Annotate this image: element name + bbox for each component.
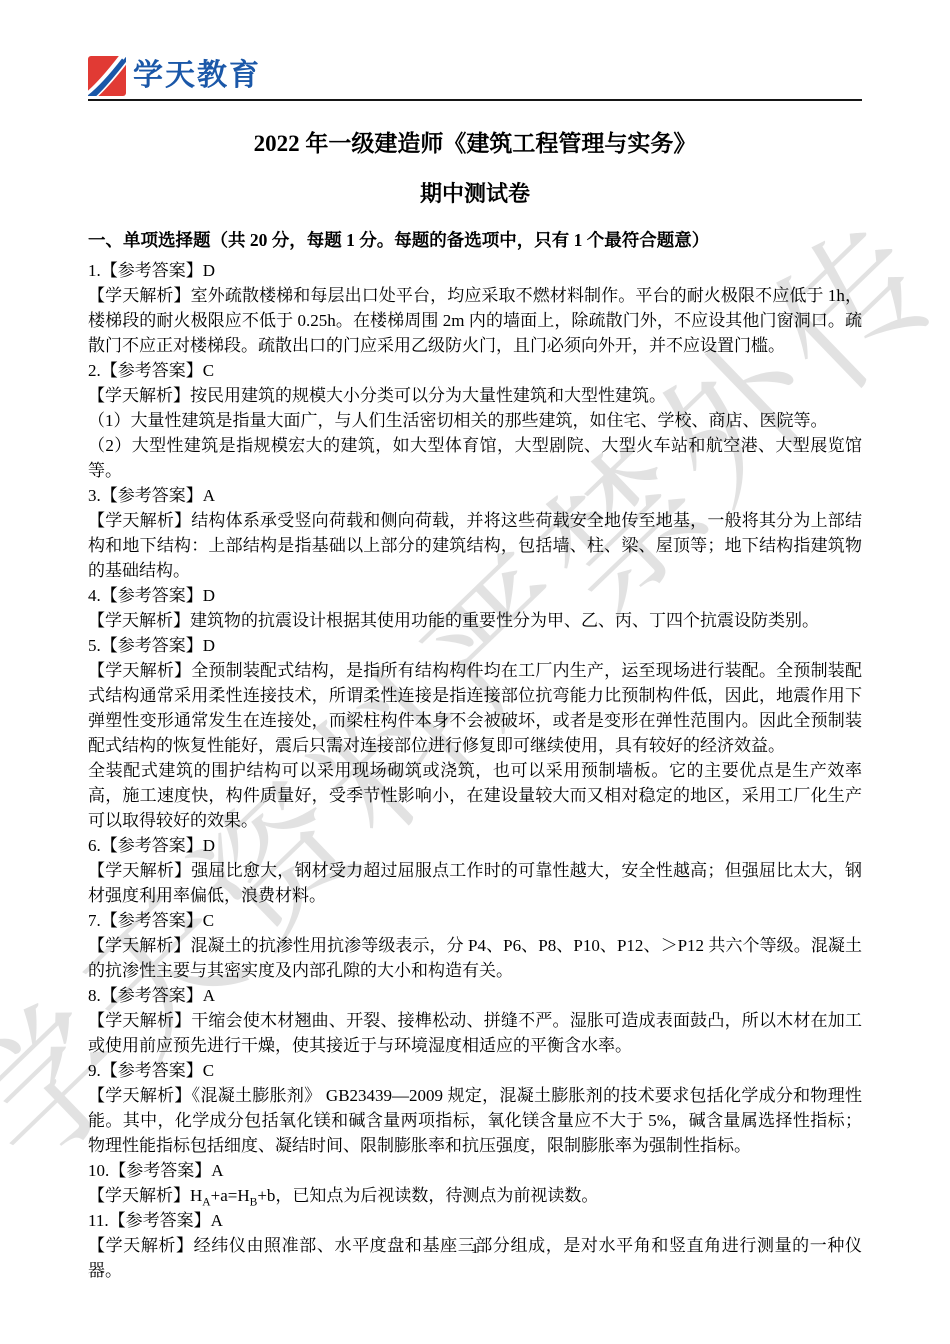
analysis-paragraph: 【学天解析】混凝土的抗渗性用抗渗等级表示，分 P4、P6、P8、P10、P12、… [88, 933, 862, 983]
page-content: 学天教育 2022 年一级建造师《建筑工程管理与实务》 期中测试卷 一、单项选择… [88, 0, 862, 1283]
logo-text: 学天教育 [133, 61, 261, 91]
analysis-paragraph: 【学天解析】HA+a=HB+b，已知点为后视读数，待测点为前视读数。 [88, 1183, 862, 1208]
analysis-paragraph: 【学天解析】干缩会使木材翘曲、开裂、接榫松动、拼缝不严。湿胀可造成表面鼓凸，所以… [88, 1008, 862, 1058]
document-title: 2022 年一级建造师《建筑工程管理与实务》 [88, 130, 862, 158]
analysis-paragraph: 【学天解析】《混凝土膨胀剂》 GB23439—2009 规定，混凝土膨胀剂的技术… [88, 1083, 862, 1158]
page-number: 1 [0, 1241, 950, 1258]
answer-ref-line: 8.【参考答案】A [88, 983, 862, 1008]
analysis-paragraph: 【学天解析】强屈比愈大，钢材受力超过屈服点工作时的可靠性越大，安全性越高；但强屈… [88, 858, 862, 908]
answer-ref-line: 9.【参考答案】C [88, 1058, 862, 1083]
analysis-paragraph: 全装配式建筑的围护结构可以采用现场砌筑或浇筑，也可以采用预制墙板。它的主要优点是… [88, 758, 862, 833]
answer-ref-line: 1.【参考答案】D [88, 258, 862, 283]
answer-ref-line: 10.【参考答案】A [88, 1158, 862, 1183]
answer-list: 1.【参考答案】D【学天解析】室外疏散楼梯和每层出口处平台，均应采取不燃材料制作… [88, 258, 862, 1283]
section-heading: 一、单项选择题（共 20 分，每题 1 分。每题的备选项中，只有 1 个最符合题… [88, 228, 862, 253]
answer-ref-line: 2.【参考答案】C [88, 358, 862, 383]
answer-ref-line: 3.【参考答案】A [88, 483, 862, 508]
analysis-paragraph: 【学天解析】室外疏散楼梯和每层出口处平台，均应采取不燃材料制作。平台的耐火极限不… [88, 283, 862, 358]
analysis-paragraph: （2）大型性建筑是指规模宏大的建筑，如大型体育馆，大型剧院、大型火车站和航空港、… [88, 433, 862, 483]
header-divider [88, 99, 862, 101]
logo: 学天教育 [88, 56, 862, 96]
answer-ref-line: 4.【参考答案】D [88, 583, 862, 608]
answer-ref-line: 7.【参考答案】C [88, 908, 862, 933]
answer-ref-line: 6.【参考答案】D [88, 833, 862, 858]
analysis-paragraph: （1）大量性建筑是指量大面广，与人们生活密切相关的那些建筑，如住宅、学校、商店、… [88, 408, 862, 433]
analysis-paragraph: 【学天解析】结构体系承受竖向荷载和侧向荷载，并将这些荷载安全地传至地基，一般将其… [88, 508, 862, 583]
analysis-paragraph: 【学天解析】建筑物的抗震设计根据其使用功能的重要性分为甲、乙、丙、丁四个抗震设防… [88, 608, 862, 633]
document-subtitle: 期中测试卷 [88, 181, 862, 207]
analysis-paragraph: 【学天解析】按民用建筑的规模大小分类可以分为大量性建筑和大型性建筑。 [88, 383, 862, 408]
logo-road-icon [88, 56, 126, 96]
answer-ref-line: 11.【参考答案】A [88, 1208, 862, 1233]
answer-ref-line: 5.【参考答案】D [88, 633, 862, 658]
document-page: { "header": { "logo_text": "学天教育", "logo… [0, 0, 950, 1344]
analysis-paragraph: 【学天解析】全预制装配式结构，是指所有结构构件均在工厂内生产，运至现场进行装配。… [88, 658, 862, 758]
